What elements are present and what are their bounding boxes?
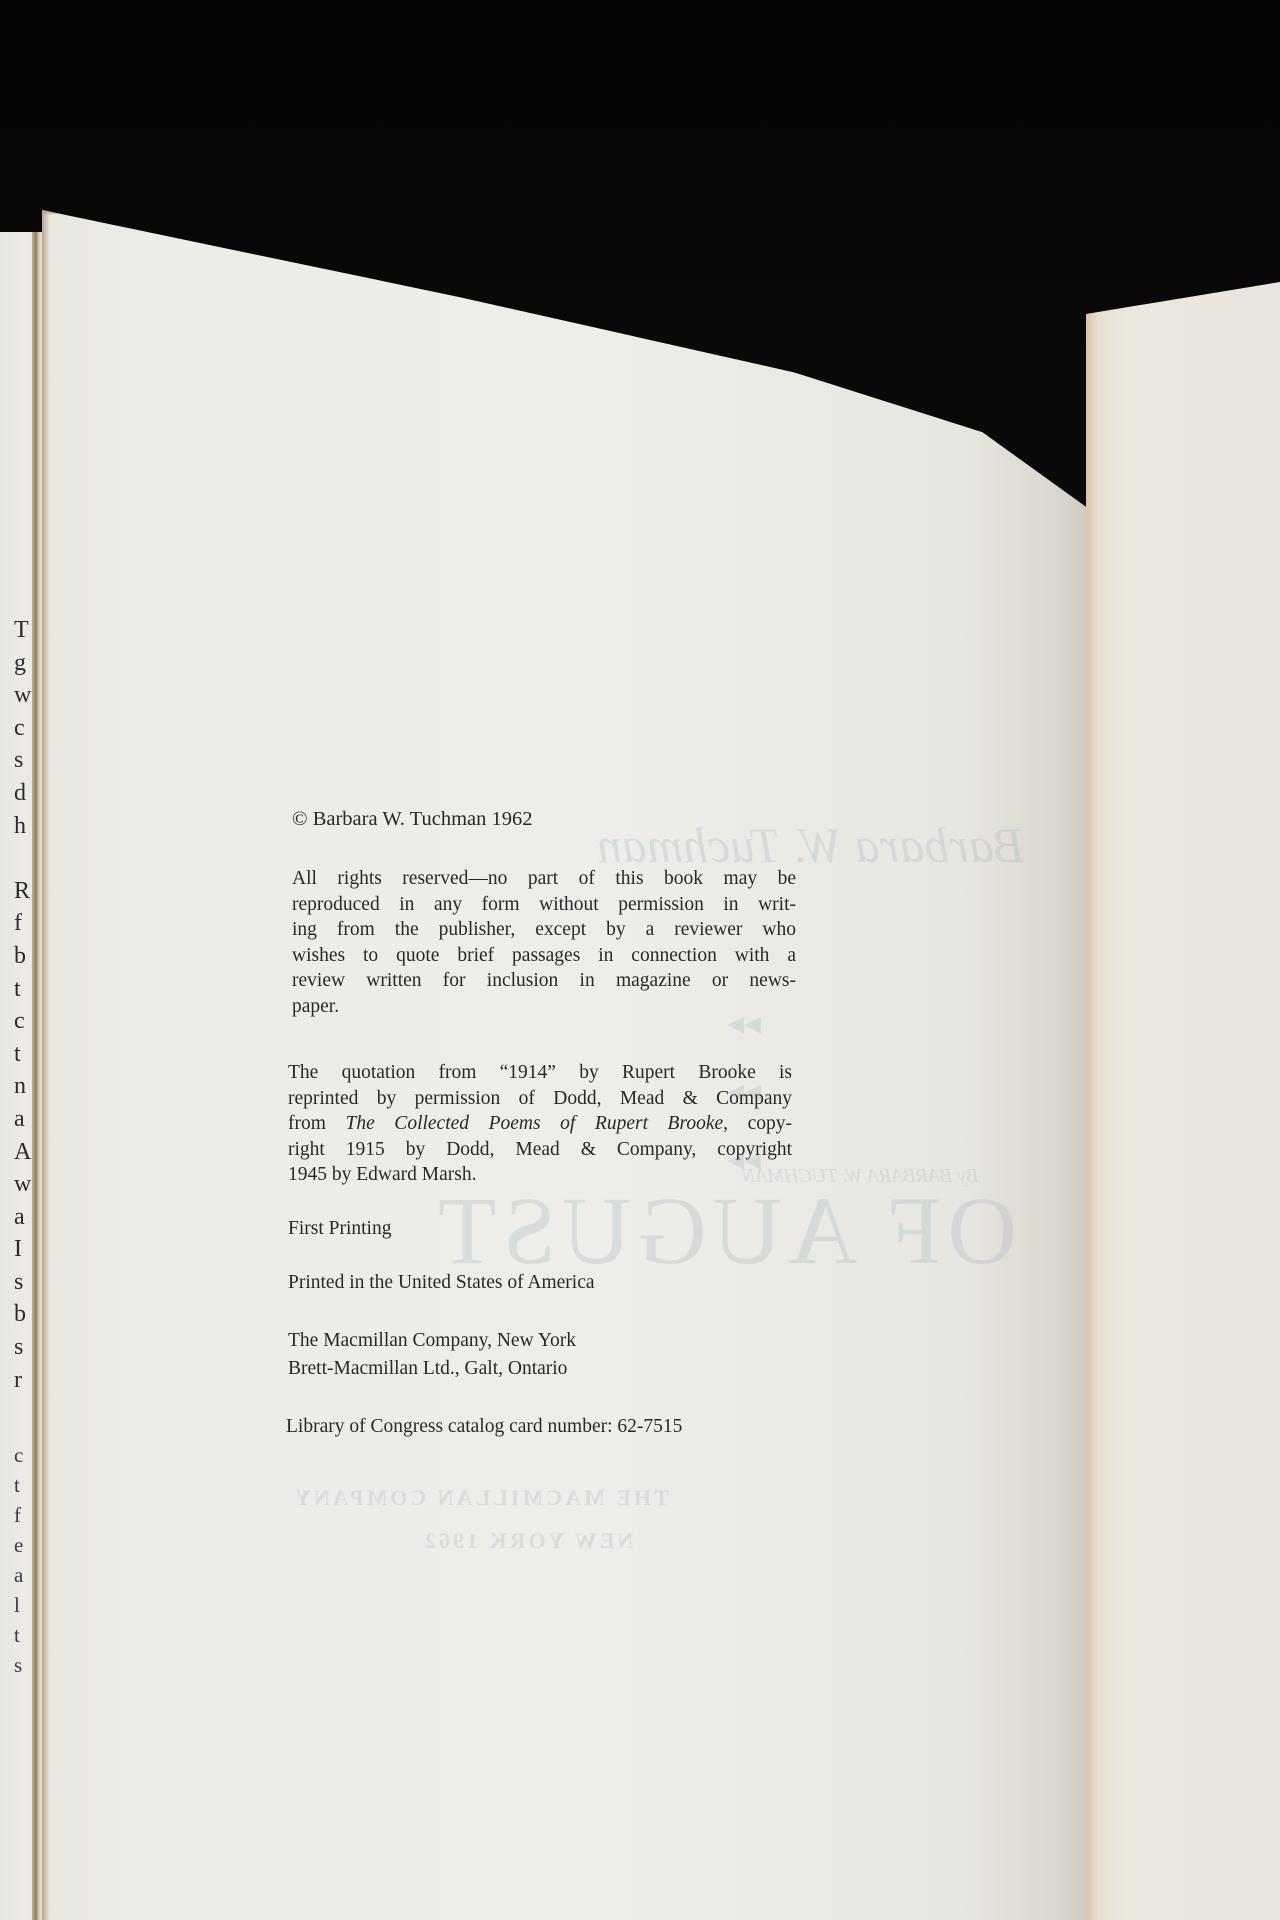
copyright-page: Barbara W. Tuchman ▸▸ ▸▸ ▸▸ OF AUGUST By… [42, 210, 1087, 1920]
catalog-number: Library of Congress catalog card number:… [286, 1416, 682, 1438]
show-through-city-year: NEW YORK 1962 [422, 1528, 633, 1554]
quotation-prefix: from [288, 1113, 345, 1134]
gutter-shadow [42, 210, 50, 1920]
rights-paragraph: All rights reserved—no part of this book… [292, 866, 796, 1020]
publisher-canada: Brett-Macmillan Ltd., Galt, Ontario [288, 1358, 567, 1380]
printing-line: First Printing [288, 1218, 391, 1240]
quotation-line: from The Collected Poems of Rupert Brook… [288, 1111, 792, 1137]
left-page-sliver: T g w c s d h R f b t c t n a A w a I s … [0, 232, 44, 1920]
rights-line: paper. [292, 994, 796, 1020]
printed-in-line: Printed in the United States of America [288, 1272, 595, 1294]
quotation-line: 1945 by Edward Marsh. [288, 1162, 792, 1188]
rights-line: reproduced in any form without permissio… [292, 892, 796, 918]
quotation-paragraph: The quotation from “1914” by Rupert Broo… [288, 1060, 792, 1188]
rights-line: ing from the publisher, except by a revi… [292, 917, 796, 943]
copyright-line: © Barbara W. Tuchman 1962 [292, 808, 533, 831]
show-through-publisher: THE MACMILLAN COMPANY [292, 1485, 669, 1511]
quotation-suffix: , copy- [723, 1113, 792, 1134]
right-page [1086, 282, 1280, 1920]
rights-line: review written for inclusion in magazine… [292, 968, 796, 994]
publisher-new-york: The Macmillan Company, New York [288, 1330, 576, 1352]
book-photo-scene: T g w c s d h R f b t c t n a A w a I s … [0, 0, 1280, 1920]
page-edge [32, 232, 42, 1920]
quotation-line: reprinted by permission of Dodd, Mead & … [288, 1086, 792, 1112]
book-title-italic: The Collected Poems of Rupert Brooke [345, 1113, 723, 1134]
rights-line: All rights reserved—no part of this book… [292, 866, 796, 892]
quotation-line: The quotation from “1914” by Rupert Broo… [288, 1060, 792, 1086]
show-through-title: OF AUGUST [432, 1175, 1017, 1286]
rights-line: wishes to quote brief passages in connec… [292, 943, 796, 969]
quotation-line: right 1915 by Dodd, Mead & Company, copy… [288, 1137, 792, 1163]
